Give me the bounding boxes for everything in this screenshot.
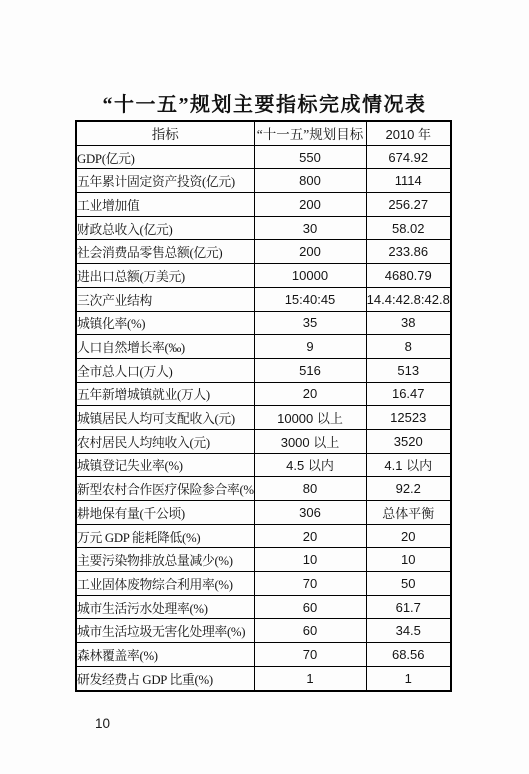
year-2010-cell: 20 [366, 524, 451, 548]
indicator-cell: 城镇居民人均可支配收入(元) [76, 406, 254, 430]
year-2010-cell: 92.2 [366, 477, 451, 501]
indicator-cell: 进出口总额(万美元) [76, 264, 254, 288]
plan-target-cell: 3000 以上 [254, 429, 366, 453]
indicator-cell: 城镇登记失业率(%) [76, 453, 254, 477]
table-row: 三次产业结构15:40:4514.4:42.8:42.8 [76, 287, 451, 311]
header-row: 指标 “十一五”规划目标 2010 年 [76, 121, 451, 145]
indicator-cell: 新型农村合作医疗保险参合率(%) [76, 477, 254, 501]
year-2010-cell: 4680.79 [366, 264, 451, 288]
header-year-2010: 2010 年 [366, 121, 451, 145]
indicator-completion-table: 指标 “十一五”规划目标 2010 年 GDP(亿元)550674.92五年累计… [75, 120, 452, 692]
year-2010-cell: 58.02 [366, 216, 451, 240]
plan-target-cell: 550 [254, 145, 366, 169]
page-title: “十一五”规划主要指标完成情况表 [0, 88, 529, 117]
plan-target-cell: 80 [254, 477, 366, 501]
table-row: 主要污染物排放总量减少(%)1010 [76, 548, 451, 572]
year-2010-cell: 233.86 [366, 240, 451, 264]
year-2010-cell: 50 [366, 572, 451, 596]
table-row: 工业固体废物综合利用率(%)7050 [76, 572, 451, 596]
indicator-cell: 城市生活垃圾无害化处理率(%) [76, 619, 254, 643]
table-body: GDP(亿元)550674.92五年累计固定资产投资(亿元)8001114工业增… [76, 145, 451, 690]
year-2010-cell: 14.4:42.8:42.8 [366, 287, 451, 311]
plan-target-cell: 10000 [254, 264, 366, 288]
table-row: 城市生活垃圾无害化处理率(%)6034.5 [76, 619, 451, 643]
indicator-cell: 三次产业结构 [76, 287, 254, 311]
plan-target-cell: 10000 以上 [254, 406, 366, 430]
indicator-cell: 社会消费品零售总额(亿元) [76, 240, 254, 264]
table-row: 万元 GDP 能耗降低(%)2020 [76, 524, 451, 548]
year-2010-cell: 256.27 [366, 193, 451, 217]
indicator-cell: 工业固体废物综合利用率(%) [76, 572, 254, 596]
indicator-cell: 人口自然增长率(‰) [76, 335, 254, 359]
indicator-cell: 全市总人口(万人) [76, 358, 254, 382]
year-2010-cell: 4.1 以内 [366, 453, 451, 477]
year-2010-cell: 总体平衡 [366, 501, 451, 525]
table-row: 城镇居民人均可支配收入(元)10000 以上12523 [76, 406, 451, 430]
indicator-cell: 农村居民人均纯收入(元) [76, 429, 254, 453]
table-row: 人口自然增长率(‰)98 [76, 335, 451, 359]
plan-target-cell: 60 [254, 595, 366, 619]
indicator-cell: 森林覆盖率(%) [76, 643, 254, 667]
plan-target-cell: 1 [254, 666, 366, 690]
year-2010-cell: 16.47 [366, 382, 451, 406]
plan-target-cell: 200 [254, 240, 366, 264]
table-row: 城镇化率(%)3538 [76, 311, 451, 335]
indicator-cell: 研发经费占 GDP 比重(%) [76, 666, 254, 690]
table-row: 工业增加值200256.27 [76, 193, 451, 217]
plan-target-cell: 9 [254, 335, 366, 359]
table-row: 研发经费占 GDP 比重(%)11 [76, 666, 451, 690]
year-2010-cell: 10 [366, 548, 451, 572]
plan-target-cell: 20 [254, 382, 366, 406]
plan-target-cell: 10 [254, 548, 366, 572]
table-row: 耕地保有量(千公顷)306总体平衡 [76, 501, 451, 525]
table-row: 五年新增城镇就业(万人)2016.47 [76, 382, 451, 406]
year-2010-cell: 1114 [366, 169, 451, 193]
table-row: 森林覆盖率(%)7068.56 [76, 643, 451, 667]
table-row: GDP(亿元)550674.92 [76, 145, 451, 169]
year-2010-cell: 8 [366, 335, 451, 359]
plan-target-cell: 516 [254, 358, 366, 382]
indicator-cell: 五年累计固定资产投资(亿元) [76, 169, 254, 193]
plan-target-cell: 70 [254, 643, 366, 667]
indicator-cell: 五年新增城镇就业(万人) [76, 382, 254, 406]
table-row: 财政总收入(亿元)3058.02 [76, 216, 451, 240]
header-indicator: 指标 [76, 121, 254, 145]
plan-target-cell: 60 [254, 619, 366, 643]
year-2010-cell: 68.56 [366, 643, 451, 667]
plan-target-cell: 800 [254, 169, 366, 193]
year-2010-cell: 61.7 [366, 595, 451, 619]
plan-target-cell: 200 [254, 193, 366, 217]
year-2010-cell: 12523 [366, 406, 451, 430]
plan-target-cell: 4.5 以内 [254, 453, 366, 477]
year-2010-cell: 674.92 [366, 145, 451, 169]
indicator-cell: 城镇化率(%) [76, 311, 254, 335]
year-2010-cell: 34.5 [366, 619, 451, 643]
plan-target-cell: 35 [254, 311, 366, 335]
table-row: 全市总人口(万人)516513 [76, 358, 451, 382]
plan-target-cell: 70 [254, 572, 366, 596]
indicator-cell: 财政总收入(亿元) [76, 216, 254, 240]
table-row: 农村居民人均纯收入(元)3000 以上3520 [76, 429, 451, 453]
indicator-cell: 城市生活污水处理率(%) [76, 595, 254, 619]
table-row: 新型农村合作医疗保险参合率(%)8092.2 [76, 477, 451, 501]
table-row: 进出口总额(万美元)100004680.79 [76, 264, 451, 288]
table-header-row: 指标 “十一五”规划目标 2010 年 [76, 121, 451, 145]
plan-target-cell: 30 [254, 216, 366, 240]
indicator-cell: 工业增加值 [76, 193, 254, 217]
indicator-cell: 主要污染物排放总量减少(%) [76, 548, 254, 572]
year-2010-cell: 38 [366, 311, 451, 335]
plan-target-cell: 20 [254, 524, 366, 548]
table-row: 五年累计固定资产投资(亿元)8001114 [76, 169, 451, 193]
indicator-cell: 万元 GDP 能耗降低(%) [76, 524, 254, 548]
table-row: 社会消费品零售总额(亿元)200233.86 [76, 240, 451, 264]
header-plan-target: “十一五”规划目标 [254, 121, 366, 145]
scanned-document-page: { "page": { "title": "“十一五”规划主要指标完成情况表",… [0, 0, 529, 774]
table-row: 城市生活污水处理率(%)6061.7 [76, 595, 451, 619]
plan-target-cell: 306 [254, 501, 366, 525]
table-row: 城镇登记失业率(%)4.5 以内4.1 以内 [76, 453, 451, 477]
year-2010-cell: 3520 [366, 429, 451, 453]
year-2010-cell: 513 [366, 358, 451, 382]
year-2010-cell: 1 [366, 666, 451, 690]
indicator-cell: 耕地保有量(千公顷) [76, 501, 254, 525]
page-number: 10 [95, 716, 110, 731]
indicator-cell: GDP(亿元) [76, 145, 254, 169]
plan-target-cell: 15:40:45 [254, 287, 366, 311]
